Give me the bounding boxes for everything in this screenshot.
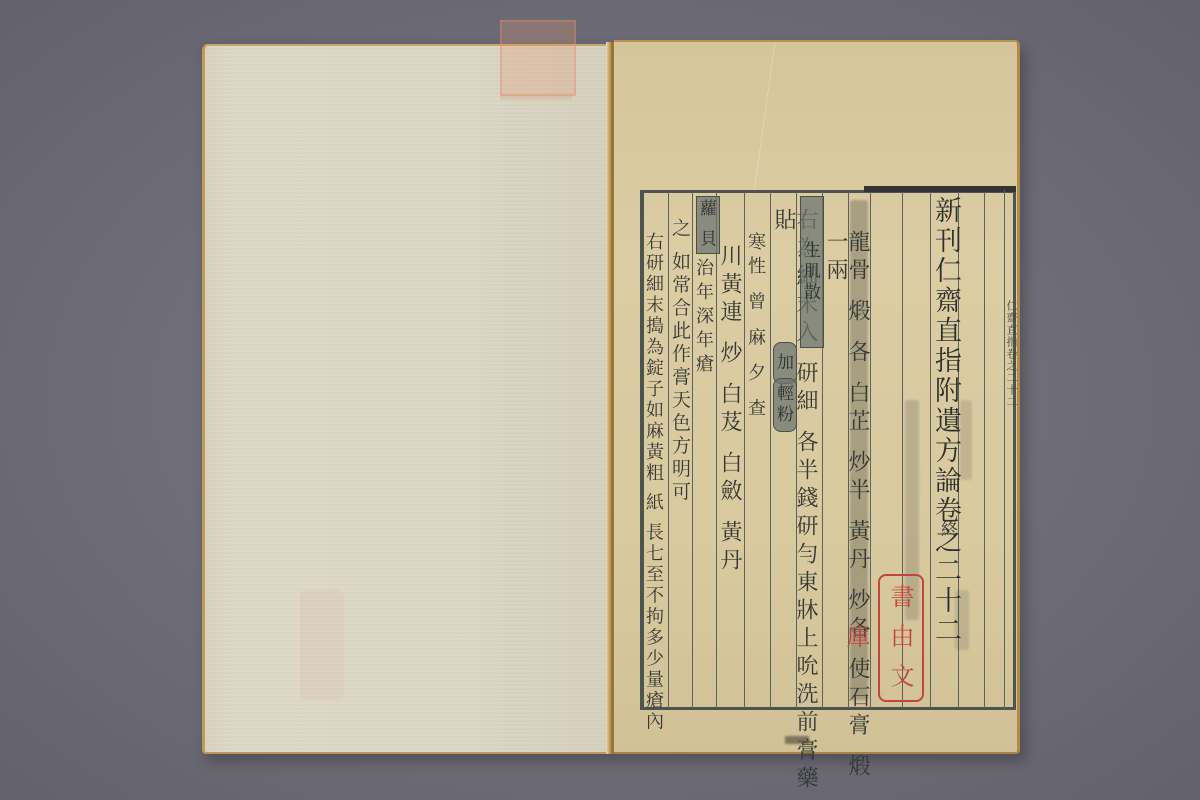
- fore-edge-strip: [1004, 190, 1017, 710]
- column-rule: [984, 192, 985, 708]
- paper-crease: [754, 43, 776, 192]
- recipe-name-cartouche: 生肌散: [800, 196, 824, 348]
- text-column-5: 治年深年瘡: [694, 258, 712, 378]
- column-rule: [770, 192, 771, 708]
- frame-top-bar: [864, 186, 1016, 192]
- text-column-3: 寒性 曾 麻 夕 查: [746, 232, 764, 423]
- ghost-seal-offset: [500, 20, 576, 96]
- text-column-4: 川黃連 炒 白芨 白斂 黃丹: [718, 244, 740, 576]
- left-blank-page: [202, 44, 612, 754]
- recipe-name-cartouche: 蘿 貝: [696, 196, 720, 254]
- volume-title: 新刊仁齋直指附遺方論卷之二十二: [932, 196, 959, 646]
- ghost-seal-line: [500, 94, 572, 100]
- fore-edge-title: 仁齋直指卷之二十二: [1003, 300, 1019, 408]
- text-column-1: 龍骨 煅 各 白芷 炒半 黃丹 炒各 使石膏 煅一兩: [824, 230, 868, 800]
- bottom-ink-mark: [785, 736, 809, 744]
- text-column-7: 右研細末搗為錠子如麻黃粗 紙 長七至不拘多少量瘡內: [644, 232, 662, 732]
- ingredient-cartouche: 輕粉: [773, 378, 797, 432]
- ink-smudge: [960, 400, 972, 480]
- paper-texture: [205, 46, 612, 752]
- red-library-seal: 書 由 文 庫: [878, 574, 924, 702]
- faint-stain: [300, 590, 344, 700]
- end-mark: 終: [938, 520, 955, 539]
- text-column-6: 之 如常合此作膏天色方明可: [670, 218, 689, 504]
